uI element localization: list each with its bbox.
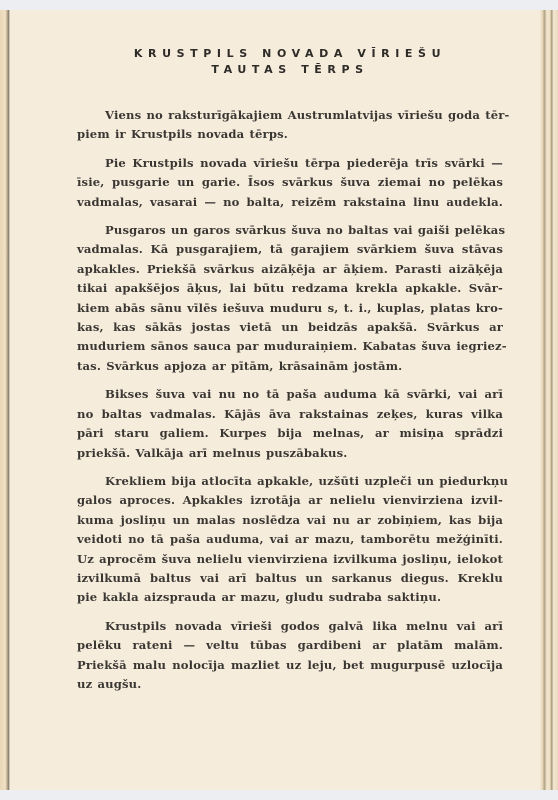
title-line-2: TAUTAS TĒRPS	[77, 62, 503, 78]
text-line: priekšā. Valkāja arī melnus puszābakus.	[77, 444, 503, 463]
text-line: muduriem sānos sauca par muduraiņiem. Ka…	[77, 337, 503, 356]
page-left-edge	[0, 10, 10, 790]
text-line: kiem abās sānu vīlēs iešuva muduru s, t.…	[77, 299, 503, 318]
text-line: izvilkumā baltus vai arī baltus un sarka…	[77, 569, 503, 588]
text-line: kas, kas sākās jostas vietā un beidzās a…	[77, 318, 503, 337]
text-line: pāri staru galiem. Kurpes bija melnas, a…	[77, 424, 503, 443]
text-line: Bikses šuva vai nu no tā paša auduma kā …	[77, 385, 503, 404]
text-line: pelēku rateni — veltu tūbas gardibeni ar…	[77, 636, 503, 655]
paragraph-6: Krustpils novada vīrieši godos galvā lik…	[77, 617, 503, 695]
text-line: veidoti no tā paša auduma, vai ar mazu, …	[77, 530, 503, 549]
body-text: Viens no raksturīgākajiem Austrumlatvija…	[77, 106, 503, 694]
paragraph-5: Krekliem bija atlocīta apkakle, uzšūti u…	[77, 472, 503, 608]
text-line: tikai apakšējos āķus, lai būtu redzama k…	[77, 279, 503, 298]
text-line: Viens no raksturīgākajiem Austrumlatvija…	[77, 106, 503, 125]
text-line: kuma josliņu un malas noslēdza vai nu ar…	[77, 511, 503, 530]
text-line: vadmalas, vasarai — no balta, reizēm rak…	[77, 193, 503, 212]
paragraph-1: Viens no raksturīgākajiem Austrumlatvija…	[77, 106, 503, 145]
text-line: Pusgaros un garos svārkus šuva no baltas…	[77, 221, 503, 240]
paragraph-2: Pie Krustpils novada vīriešu tērpa piede…	[77, 154, 503, 212]
text-line: uz augšu.	[77, 675, 503, 694]
text-line: Pie Krustpils novada vīriešu tērpa piede…	[77, 154, 503, 173]
page-title: KRUSTPILS NOVADA VĪRIEŠU TAUTAS TĒRPS	[77, 46, 503, 78]
text-line: pie kakla aizsprauda ar mazu, gludu sudr…	[77, 588, 503, 607]
title-line-1: KRUSTPILS NOVADA VĪRIEŠU	[77, 46, 503, 62]
text-line: vadmalas. Kā pusgarajiem, tā garajiem sv…	[77, 240, 503, 259]
text-line: Krekliem bija atlocīta apkakle, uzšūti u…	[77, 472, 503, 491]
text-line: Priekšā malu nolocīja mazliet uz leju, b…	[77, 656, 503, 675]
paragraph-3: Pusgaros un garos svārkus šuva no baltas…	[77, 221, 503, 376]
text-line: apkakles. Priekšā svārkus aizāķēja ar āķ…	[77, 260, 503, 279]
page-content: KRUSTPILS NOVADA VĪRIEŠU TAUTAS TĒRPS Vi…	[77, 46, 503, 703]
text-line: piem ir Krustpils novada tērps.	[77, 125, 503, 144]
text-line: tas. Svārkus apjoza ar pītām, krāsainām …	[77, 357, 503, 376]
text-line: no baltas vadmalas. Kājās āva rakstainas…	[77, 405, 503, 424]
page-right-edge-folds	[540, 10, 558, 790]
text-line: Krustpils novada vīrieši godos galvā lik…	[77, 617, 503, 636]
paragraph-4: Bikses šuva vai nu no tā paša auduma kā …	[77, 385, 503, 463]
text-line: Uz aprocēm šuva nelielu vienvirziena izv…	[77, 550, 503, 569]
text-line: galos aproces. Apkakles izrotāja ar neli…	[77, 491, 503, 510]
text-line: īsie, pusgarie un garie. Īsos svārkus šu…	[77, 173, 503, 192]
